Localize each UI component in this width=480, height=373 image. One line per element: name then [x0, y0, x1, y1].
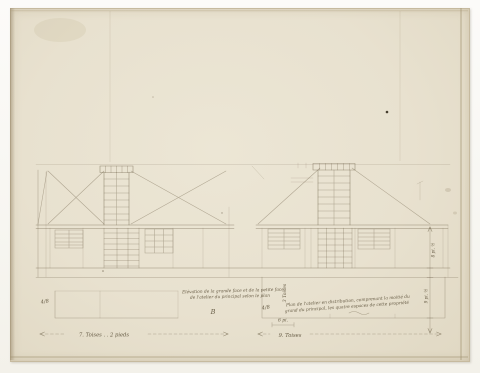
caption-left: Elévation de la grande face et de la pet…	[181, 288, 284, 316]
dimension-line-right-vertical: 8 pi. ½ 9 pi. ½	[424, 227, 436, 333]
left-chimney-stack	[100, 166, 133, 225]
caption-left-letter: B	[210, 308, 216, 316]
right-chimney-stack	[313, 164, 355, 226]
left-chimney-lower-grid	[104, 228, 139, 268]
right-elevation	[252, 163, 448, 277]
dimension-line-bottom-right: 9. Toises	[258, 332, 441, 339]
architectural-drawing: 7. Toises . . 2 pieds 9. Toises 6 pi. 3 …	[0, 0, 480, 373]
caption-left-line2: de l'atelier du principal selon le plan	[190, 294, 270, 301]
dimension-label-bottom-left: 7. Toises . . 2 pieds	[79, 333, 129, 339]
right-window-west	[268, 229, 300, 249]
left-plan-outline	[55, 291, 178, 318]
stains-and-specks	[34, 18, 457, 272]
dimension-label-bottom-right: 9. Toises	[279, 333, 302, 339]
paraph-left: 4/8	[39, 298, 49, 305]
left-elevation	[36, 166, 234, 277]
caption-right: Plan de l'atelier en distribution, compr…	[285, 295, 411, 315]
ground-lines	[36, 268, 458, 278]
left-elevation-roof	[36, 170, 234, 277]
dimension-label-right-upper: 8 pi. ½	[431, 243, 436, 258]
right-chimney-lower-grid	[318, 228, 352, 268]
artwork-photo: 7. Toises . . 2 pieds 9. Toises 6 pi. 3 …	[0, 0, 480, 373]
paraph-marks: 4/8 4/8	[39, 298, 270, 311]
dimension-line-bottom-left: 7. Toises . . 2 pieds	[40, 332, 228, 339]
caption-right-flourish	[349, 312, 369, 315]
paper-creases	[110, 11, 400, 162]
dimension-label-right-lower: 9 pi. ½	[424, 289, 429, 304]
dimension-label-small: 6 pi.	[278, 318, 289, 324]
left-window-west	[55, 230, 83, 248]
left-window-east	[145, 229, 173, 253]
right-window-east	[358, 229, 390, 249]
dimension-small-bracket: 6 pi.	[272, 318, 294, 328]
paraph-right: 4/8	[260, 304, 270, 311]
